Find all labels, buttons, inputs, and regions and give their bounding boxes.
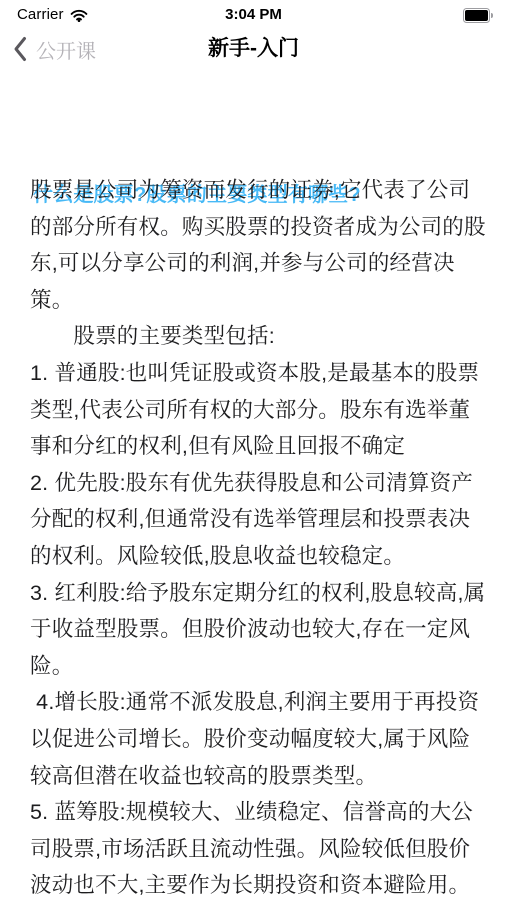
text-line: 5. 蓝筹股:规模较大、业绩稳定、信誉高的大公	[30, 794, 487, 831]
text-line: 波动也不大,主要作为长期投资和资本避险用。	[30, 867, 487, 900]
text-line: 策。	[30, 282, 487, 319]
text-line: 以促进公司增长。股价变动幅度较大,属于风险	[30, 721, 487, 758]
text-line: 3. 红利股:给予股东定期分红的权利,股息较高,属	[30, 575, 487, 612]
text-line: 于收益型股票。但股价波动也较大,存在一定风	[30, 611, 487, 648]
battery-full-icon	[463, 8, 493, 23]
text-line: 1. 普通股:也叫凭证股或资本股,是最基本的股票	[30, 355, 487, 392]
text-line: 4.增长股:通常不派发股息,利润主要用于再投资	[30, 684, 487, 721]
page-title: 新手-入门	[80, 28, 427, 70]
text-line: 司股票,市场活跃且流动性强。风险较低但股价	[30, 831, 487, 868]
text-line: 类型,代表公司所有权的大部分。股东有选举董	[30, 392, 487, 429]
article-body: 股票是公司为筹资而发行的证券,它代表了公司的部分所有权。购买股票的投资者成为公司…	[30, 172, 487, 900]
status-time: 3:04 PM	[0, 6, 507, 23]
text-line: 分配的权利,但通常没有选举管理层和投票表决	[30, 501, 487, 538]
text-line: 的权利。风险较低,股息收益也较稳定。	[30, 538, 487, 575]
chevron-left-icon	[13, 36, 27, 62]
article-scroll-view[interactable]: 什么是股票?股票的主要类型有哪些? 股票是公司为筹资而发行的证券,它代表了公司的…	[0, 70, 507, 900]
text-line: 较高但潜在收益也较高的股票类型。	[30, 758, 487, 795]
text-line: 的部分所有权。购买股票的投资者成为公司的股	[30, 209, 487, 246]
nav-bar: 公开课 新手-入门	[0, 28, 507, 70]
text-line: 股票是公司为筹资而发行的证券,它代表了公司	[30, 172, 487, 209]
text-line: 事和分红的权利,但有风险且回报不确定	[30, 428, 487, 465]
text-line: 东,可以分享公司的利润,并参与公司的经营决	[30, 245, 487, 282]
text-line: 2. 优先股:股东有优先获得股息和公司清算资产	[30, 465, 487, 502]
status-bar: Carrier 3:04 PM	[0, 0, 507, 28]
text-line: 险。	[30, 648, 487, 685]
app-screen: Carrier 3:04 PM 公开课	[0, 0, 507, 900]
text-line: 股票的主要类型包括:	[30, 318, 487, 355]
